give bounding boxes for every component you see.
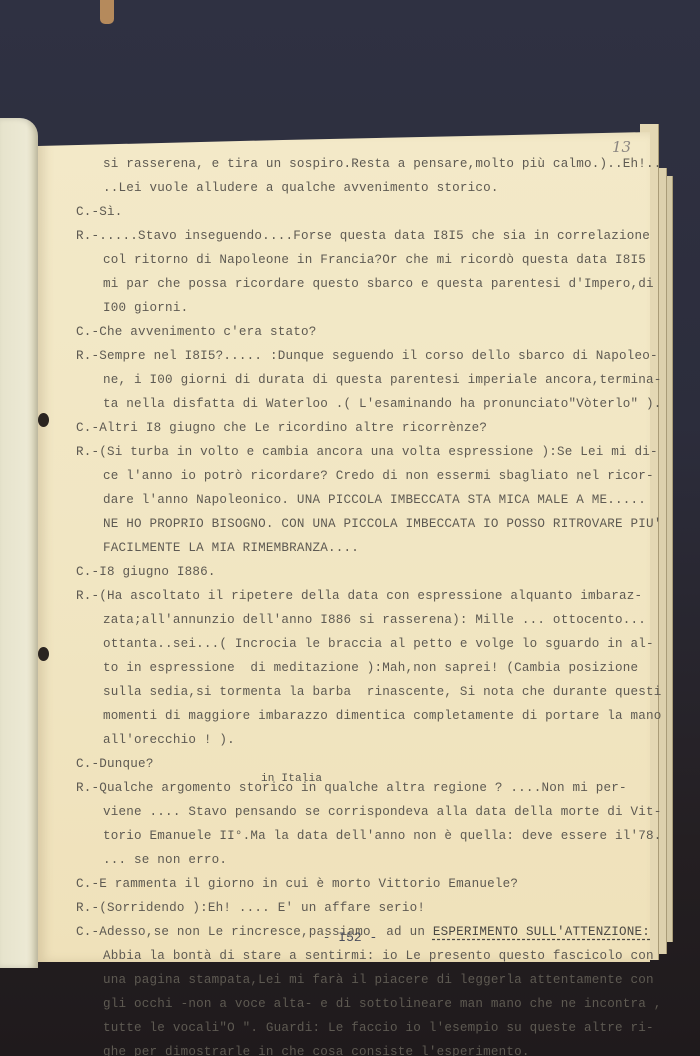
transcript-line: R.-Qualche argomento storico in qualche … bbox=[76, 776, 656, 800]
transcript-line: zata;all'annunzio dell'anno I886 si rass… bbox=[76, 608, 656, 632]
line-text: -Sempre nel I8I5?..... :Dunque seguendo … bbox=[92, 349, 658, 363]
line-text: ce l'anno io potrò ricordare? Credo di n… bbox=[103, 469, 654, 483]
speaker-label: C. bbox=[76, 205, 92, 219]
transcript-line: ... se non erro. bbox=[76, 848, 656, 872]
transcript-line: R.-(Si turba in volto e cambia ancora un… bbox=[76, 440, 656, 464]
transcript-line: torio Emanuele II°.Ma la data dell'anno … bbox=[76, 824, 656, 848]
page-number: - I52 - bbox=[0, 930, 700, 945]
transcript-line: gli occhi -non a voce alta- e di sottoli… bbox=[76, 992, 656, 1016]
transcript-line: C.-E rammenta il giorno in cui è morto V… bbox=[76, 872, 656, 896]
transcript-line: R.-(Sorridendo ):Eh! .... E' un affare s… bbox=[76, 896, 656, 920]
transcript-line: ce l'anno io potrò ricordare? Credo di n… bbox=[76, 464, 656, 488]
line-text: col ritorno di Napoleone in Francia?Or c… bbox=[103, 253, 646, 267]
line-text: ottanta..sei...( Incrocia le braccia al … bbox=[103, 637, 654, 651]
transcript-line: viene .... Stavo pensando se corrisponde… bbox=[76, 800, 656, 824]
line-text: zata;all'annunzio dell'anno I886 si rass… bbox=[103, 613, 646, 627]
line-text: -(Sorridendo ):Eh! .... E' un affare ser… bbox=[92, 901, 426, 915]
speaker-label: R. bbox=[76, 589, 92, 603]
transcript-line: si rasserena, e tira un sospiro.Resta a … bbox=[76, 152, 656, 176]
binder-hole bbox=[38, 413, 49, 427]
line-text: mi par che possa ricordare questo sbarco… bbox=[103, 277, 654, 291]
transcript-line: C.-Che avvenimento c'era stato? bbox=[76, 320, 656, 344]
line-text: momenti di maggiore imbarazzo dimentica … bbox=[103, 709, 662, 723]
speaker-label: R. bbox=[76, 901, 92, 915]
line-text: -Che avvenimento c'era stato? bbox=[92, 325, 317, 339]
transcript-line: NE HO PROPRIO BISOGNO. CON UNA PICCOLA I… bbox=[76, 512, 656, 536]
transcript-line: R.-Sempre nel I8I5?..... :Dunque seguend… bbox=[76, 344, 656, 368]
transcript-line: R.-(Ha ascoltato il ripetere della data … bbox=[76, 584, 656, 608]
line-text: -(Ha ascoltato il ripetere della data co… bbox=[92, 589, 643, 603]
line-text: -.....Stavo inseguendo....Forse questa d… bbox=[92, 229, 651, 243]
facing-page-edge bbox=[0, 118, 38, 968]
transcript-line: ta nella disfatta di Waterloo .( L'esami… bbox=[76, 392, 656, 416]
transcript-line: C.-Altri I8 giugno che Le ricordino altr… bbox=[76, 416, 656, 440]
line-text: -E rammenta il giorno in cui è morto Vit… bbox=[92, 877, 519, 891]
transcript-line: C.-I8 giugno I886. bbox=[76, 560, 656, 584]
transcript-line: tutte le vocali"O ". Guardi: Le faccio i… bbox=[76, 1016, 656, 1040]
transcript-line: C.-Sì. bbox=[76, 200, 656, 224]
line-text: ..Lei vuole alludere a qualche avvenimen… bbox=[103, 181, 499, 195]
line-text: ta nella disfatta di Waterloo .( L'esami… bbox=[103, 397, 662, 411]
transcript-line: dare l'anno Napoleonico. UNA PICCOLA IMB… bbox=[76, 488, 656, 512]
binder-hole bbox=[38, 647, 49, 661]
speaker-label: R. bbox=[76, 781, 92, 795]
line-text: to in espressione di meditazione ):Mah,n… bbox=[103, 661, 638, 675]
transcript-line: col ritorno di Napoleone in Francia?Or c… bbox=[76, 248, 656, 272]
line-text: si rasserena, e tira un sospiro.Resta a … bbox=[103, 157, 662, 171]
transcript-line: momenti di maggiore imbarazzo dimentica … bbox=[76, 704, 656, 728]
speaker-label: C. bbox=[76, 325, 92, 339]
speaker-label: C. bbox=[76, 877, 92, 891]
line-text: -I8 giugno I886. bbox=[92, 565, 216, 579]
transcript-line: ottanta..sei...( Incrocia le braccia al … bbox=[76, 632, 656, 656]
line-text: -Qualche argomento storico in qualche al… bbox=[92, 781, 627, 795]
speaker-label: R. bbox=[76, 349, 92, 363]
line-text: -(Si turba in volto e cambia ancora una … bbox=[92, 445, 658, 459]
transcript-line: R.-.....Stavo inseguendo....Forse questa… bbox=[76, 224, 656, 248]
line-text: -Altri I8 giugno che Le ricordino altre … bbox=[92, 421, 488, 435]
line-text: sulla sedia,si tormenta la barba rinasce… bbox=[103, 685, 662, 699]
line-text: FACILMENTE LA MIA RIMEMBRANZA.... bbox=[103, 541, 359, 555]
speaker-label: C. bbox=[76, 421, 92, 435]
binder-tab bbox=[100, 0, 114, 24]
transcript-line: ghe per dimostrarle in che cosa consiste… bbox=[76, 1040, 656, 1056]
speaker-label: R. bbox=[76, 229, 92, 243]
speaker-label: C. bbox=[76, 757, 92, 771]
transcript-line: all'orecchio ! ). bbox=[76, 728, 656, 752]
line-text: I00 giorni. bbox=[103, 301, 188, 315]
transcript-line: ne, i I00 giorni di durata di questa par… bbox=[76, 368, 656, 392]
transcript-line: C.-Dunque? bbox=[76, 752, 656, 776]
line-text: una pagina stampata,Lei mi farà il piace… bbox=[103, 973, 654, 987]
line-text: ... se non erro. bbox=[103, 853, 227, 867]
transcript-body: si rasserena, e tira un sospiro.Resta a … bbox=[76, 152, 656, 1056]
line-text: dare l'anno Napoleonico. UNA PICCOLA IMB… bbox=[103, 493, 646, 507]
transcript-line: I00 giorni. bbox=[76, 296, 656, 320]
transcript-line: Abbia la bontà di stare a sentirmi: io L… bbox=[76, 944, 656, 968]
interlinear-insertion: in Italia bbox=[261, 767, 322, 791]
line-text: ne, i I00 giorni di durata di questa par… bbox=[103, 373, 662, 387]
line-text: NE HO PROPRIO BISOGNO. CON UNA PICCOLA I… bbox=[103, 517, 662, 531]
line-text: ghe per dimostrarle in che cosa consiste… bbox=[103, 1045, 530, 1056]
line-text: Abbia la bontà di stare a sentirmi: io L… bbox=[103, 949, 654, 963]
speaker-label: C. bbox=[76, 565, 92, 579]
transcript-line: una pagina stampata,Lei mi farà il piace… bbox=[76, 968, 656, 992]
transcript-line: ..Lei vuole alludere a qualche avvenimen… bbox=[76, 176, 656, 200]
transcript-line: mi par che possa ricordare questo sbarco… bbox=[76, 272, 656, 296]
line-text: tutte le vocali"O ". Guardi: Le faccio i… bbox=[103, 1021, 654, 1035]
transcript-line: FACILMENTE LA MIA RIMEMBRANZA.... bbox=[76, 536, 656, 560]
line-text: torio Emanuele II°.Ma la data dell'anno … bbox=[103, 829, 662, 843]
transcript-line: to in espressione di meditazione ):Mah,n… bbox=[76, 656, 656, 680]
transcript-line: sulla sedia,si tormenta la barba rinasce… bbox=[76, 680, 656, 704]
line-text: -Dunque? bbox=[92, 757, 154, 771]
line-text: all'orecchio ! ). bbox=[103, 733, 235, 747]
line-text: gli occhi -non a voce alta- e di sottoli… bbox=[103, 997, 662, 1011]
line-text: viene .... Stavo pensando se corrisponde… bbox=[103, 805, 662, 819]
speaker-label: R. bbox=[76, 445, 92, 459]
line-text: -Sì. bbox=[92, 205, 123, 219]
